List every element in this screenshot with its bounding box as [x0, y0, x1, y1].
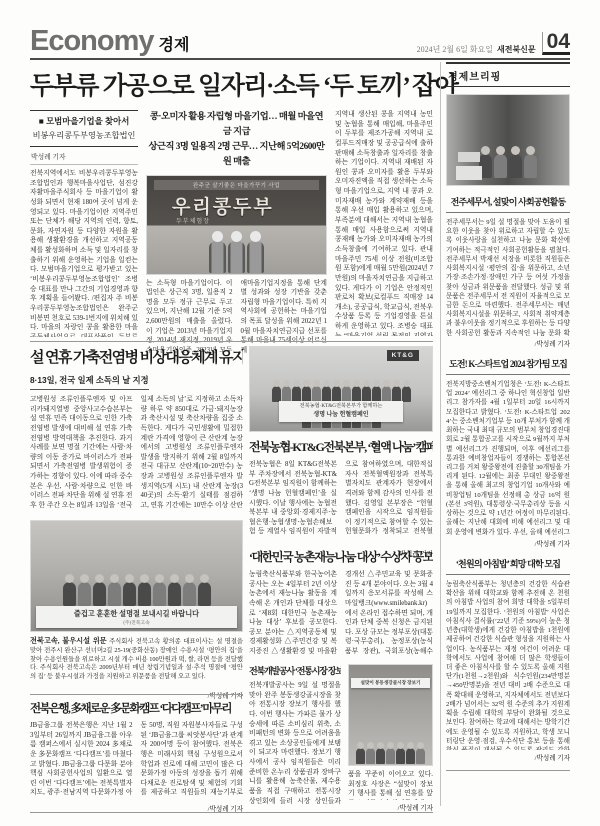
tofu-shop-photo: 완주군 살기좋은 마을가꾸기 사업 우리콩두부 두부체험장 [146, 175, 327, 275]
divider [30, 341, 433, 342]
article-tofu-col1: ■ 모범마을기업을 찾아서 비봉우리콩두부영농조합법인 박성례 기자 전북지역에… [30, 110, 138, 336]
article-bus-byline: /박성례 기자 [30, 690, 243, 700]
article-blood-headline: 전북농협-KT&G전북본부, ‘혈액 나눔’ 캠페인 [249, 438, 433, 455]
sidebar-article1-body: 전주세무서는 9일 설 명절을 맞아 도움이 필요한 이웃을 찾아 위로하고 자… [446, 218, 570, 336]
sidebar-article3-headline: ‘천원의 아침밥’ 희망 대학 모집 [446, 557, 570, 575]
series-name: 비봉우리콩두부영농조합법인 [30, 130, 138, 141]
article-market-byline: /박성례 기자 [348, 802, 433, 812]
article-livestock: 설 연휴 가축전염병 비상대응체계 유지 8·13일, 전국 일제 소독의 날 … [30, 346, 243, 514]
article-blood-body: 전북농협은 8일 KT&G전북본부 주차장에서 전북농협-KT&G전북본부 임직… [249, 460, 433, 546]
article-talent: ‘대한민국 농촌재능나눔 대상’ 수상자 공모 농림축산식품부와 한국농어촌공사… [249, 548, 433, 674]
deck-line2: 상근직 3명 일용직 2명 근무… 지난해 5억2600만원 매출 [146, 140, 327, 170]
series-label: ■ 모범마을기업을 찾아서 [30, 115, 138, 127]
masthead: Economy경제 2024년 2월 6일 화요일 새전북신문 04 [30, 24, 570, 60]
article-tofu-headline: 두부류 가공으로 일자리·소득 ‘두 토끼’ 잡아 [30, 66, 433, 102]
holiday-banner-text: 즐겁고 훈훈한 설명절 보내시길 바랍니다 [74, 610, 199, 618]
sidebar-economy-briefing: 경제브리핑 전주세무서, 설맞이 사회공헌활동 전주세무서는 9일 설 명절을 … [446, 62, 570, 771]
tax-office-photo [446, 94, 570, 186]
ktg-building-sign: KT&G [387, 350, 419, 361]
banner-line2: 생명 나눔 헌혈캠페인 [279, 411, 403, 420]
article-livestock-headline: 설 연휴 가축전염병 비상대응체계 유지 [30, 346, 243, 367]
sidebar-divider [440, 62, 441, 806]
date-line: 2024년 2월 6일 화요일 [417, 44, 493, 55]
sidebar-bottom-rule [446, 770, 570, 771]
bus-company-photo: 즐겁고 훈훈한 설명절 보내시길 바랍니다 (주)전북고속 [30, 520, 243, 632]
article-livestock-body: 고병원성 조류인플루엔자 및 아프리카돼지열병 중앙사고수습본부는 설 연휴 민… [30, 395, 243, 517]
article-talent-headline: ‘대한민국 농촌재능나눔 대상’ 수상자 공모 [249, 548, 433, 565]
article-market: 전북개발공사 ‘전통시장 장보기’ 전북개발공사는 9일 설 명절을 맞아 완주… [249, 664, 433, 808]
ktg-photo-people-back [249, 386, 433, 402]
article-bank-headline: 전북은행, 多채로운 多문화캠프 ‘다다캠프’ 마무리 [30, 700, 243, 716]
bus-photo-caption: 전북고속, 불우시설 위문 주식회사 전북고속 황의종 대표이사는 설 명절을 … [30, 636, 243, 688]
bottom-rule [30, 812, 433, 813]
masthead-right: 2024년 2월 6일 화요일 새전북신문 04 [417, 32, 570, 55]
sidebar-article2-byline: /박성례 기자 [446, 538, 570, 548]
holiday-banner: 즐겁고 훈훈한 설명절 보내시길 바랍니다 (주)전북고속 [36, 606, 237, 628]
article-market-body-col2: 품을 꾸준히 이어오고 있다. 최정호 사장은 “설맞이 장보기 행사를 통해 … [348, 770, 433, 800]
ktg-campaign-photo: KT&G 전북농협·KT&G전북본부가 함께하는 생명 나눔 헌혈캠페인 [249, 346, 433, 432]
article-blood: 전북농협-KT&G전북본부, ‘혈액 나눔’ 캠페인 전북농협은 8일 KT&G… [249, 438, 433, 558]
market-banner: 설맞이 봉동생강골시장 장보기 [351, 678, 430, 688]
article-tofu-body-col1: 전북지역에서도 비봉우리콩두부영농조합법인과 행복마을사업단, 섬진강자활마을주… [30, 169, 138, 337]
tofu-shop-sign: 우리콩두부 [172, 192, 274, 219]
section-title-en: Economy [30, 25, 154, 57]
sidebar-article2-body: 전북지방중소벤처기업청은 ‘도전! K-스타트업 2024’ 예선리그 중 하나… [446, 380, 570, 536]
section-title-ko: 경제 [159, 37, 190, 54]
sidebar-article2-headline: 도전! K-스타트업 2024 참가팀 모집 [446, 357, 570, 375]
tofu-photo-people [146, 241, 327, 273]
market-photo: 설맞이 봉동생강골시장 장보기 [348, 664, 433, 766]
market-photo-people [348, 748, 433, 764]
article-talent-body: 농림축산식품부와 한국농어촌공사는 오는 4일부터 2년 이상 농촌에서 재능나… [249, 570, 433, 662]
sidebar-title: 경제브리핑 [446, 62, 570, 87]
deck-line1: 콩·오미자 활용 자립형 마을기업… 매월 마을연금 지급 [146, 110, 327, 140]
article-tofu-byline: 박성례 기자 [30, 147, 138, 165]
article-livestock-subhead: 8·13일, 전국 일제 소독의 날 지정 [30, 374, 149, 390]
article-bank: 전북은행, 多채로운 多문화캠프 ‘다다캠프’ 마무리 JB금융그룹 전북은행은… [30, 700, 243, 806]
article-bank-body: JB금융그룹 전북은행은 지난 1월 23일부터 26일까지 JB금융그룹 아우… [30, 721, 243, 801]
tofu-shop-sign-sub: 두부체험장 [176, 216, 210, 225]
bus-caption-title: 전북고속, 불우시설 위문 [30, 637, 107, 645]
sidebar-article3-byline: /박성례 기자 [446, 752, 570, 762]
paper-name: 새전북신문 [497, 44, 536, 55]
page-number: 04 [542, 32, 570, 55]
article-bus: 즐겁고 훈훈한 설명절 보내시길 바랍니다 (주)전북고속 전북고속, 불우시설… [30, 520, 243, 700]
series-box: ■ 모범마을기업을 찾아서 비봉우리콩두부영농조합법인 [30, 110, 138, 147]
holiday-banner-sub: (주)전북고속 [36, 619, 237, 626]
sidebar-article3-body: 농림축산식품부는 청년층의 건강한 식습관 확산을 위해 대학교와 함께 추진해… [446, 580, 570, 750]
gift-boxes [456, 166, 482, 180]
article-tofu: 두부류 가공으로 일자리·소득 ‘두 토끼’ 잡아 ■ 모범마을기업을 찾아서 … [30, 66, 433, 338]
article-market-headline: 전북개발공사 ‘전통시장 장보기’ [249, 664, 341, 677]
divider [30, 694, 243, 695]
sidebar-article1-headline: 전주세무서, 설맞이 사회공헌활동 [446, 195, 570, 213]
newspaper-page: Economy경제 2024년 2월 6일 화요일 새전북신문 04 두부류 가… [0, 0, 600, 826]
sidebar-article1-byline: /박성례 기자 [446, 338, 570, 348]
banner-line1: 전북농협·KT&G전북본부가 함께하는 [279, 403, 403, 411]
article-market-body-col1: 전북개발공사는 9일 설 명절을 맞아 완주 봉동생강골시장을 찾아 전통시장 … [249, 681, 341, 805]
bus-photo-people [30, 582, 243, 606]
blood-donation-banner: 전북농협·KT&G전북본부가 함께하는 생명 나눔 헌혈캠페인 [279, 401, 403, 422]
article-tofu-body-col3: 지역내 생산된 콩을 지역내 농민 및 농협을 통해 매입해, 마을주민이 두부… [335, 110, 433, 336]
tofu-photo-banner-text: 완주군 살기좋은 마을가꾸기 사업 [154, 180, 319, 190]
